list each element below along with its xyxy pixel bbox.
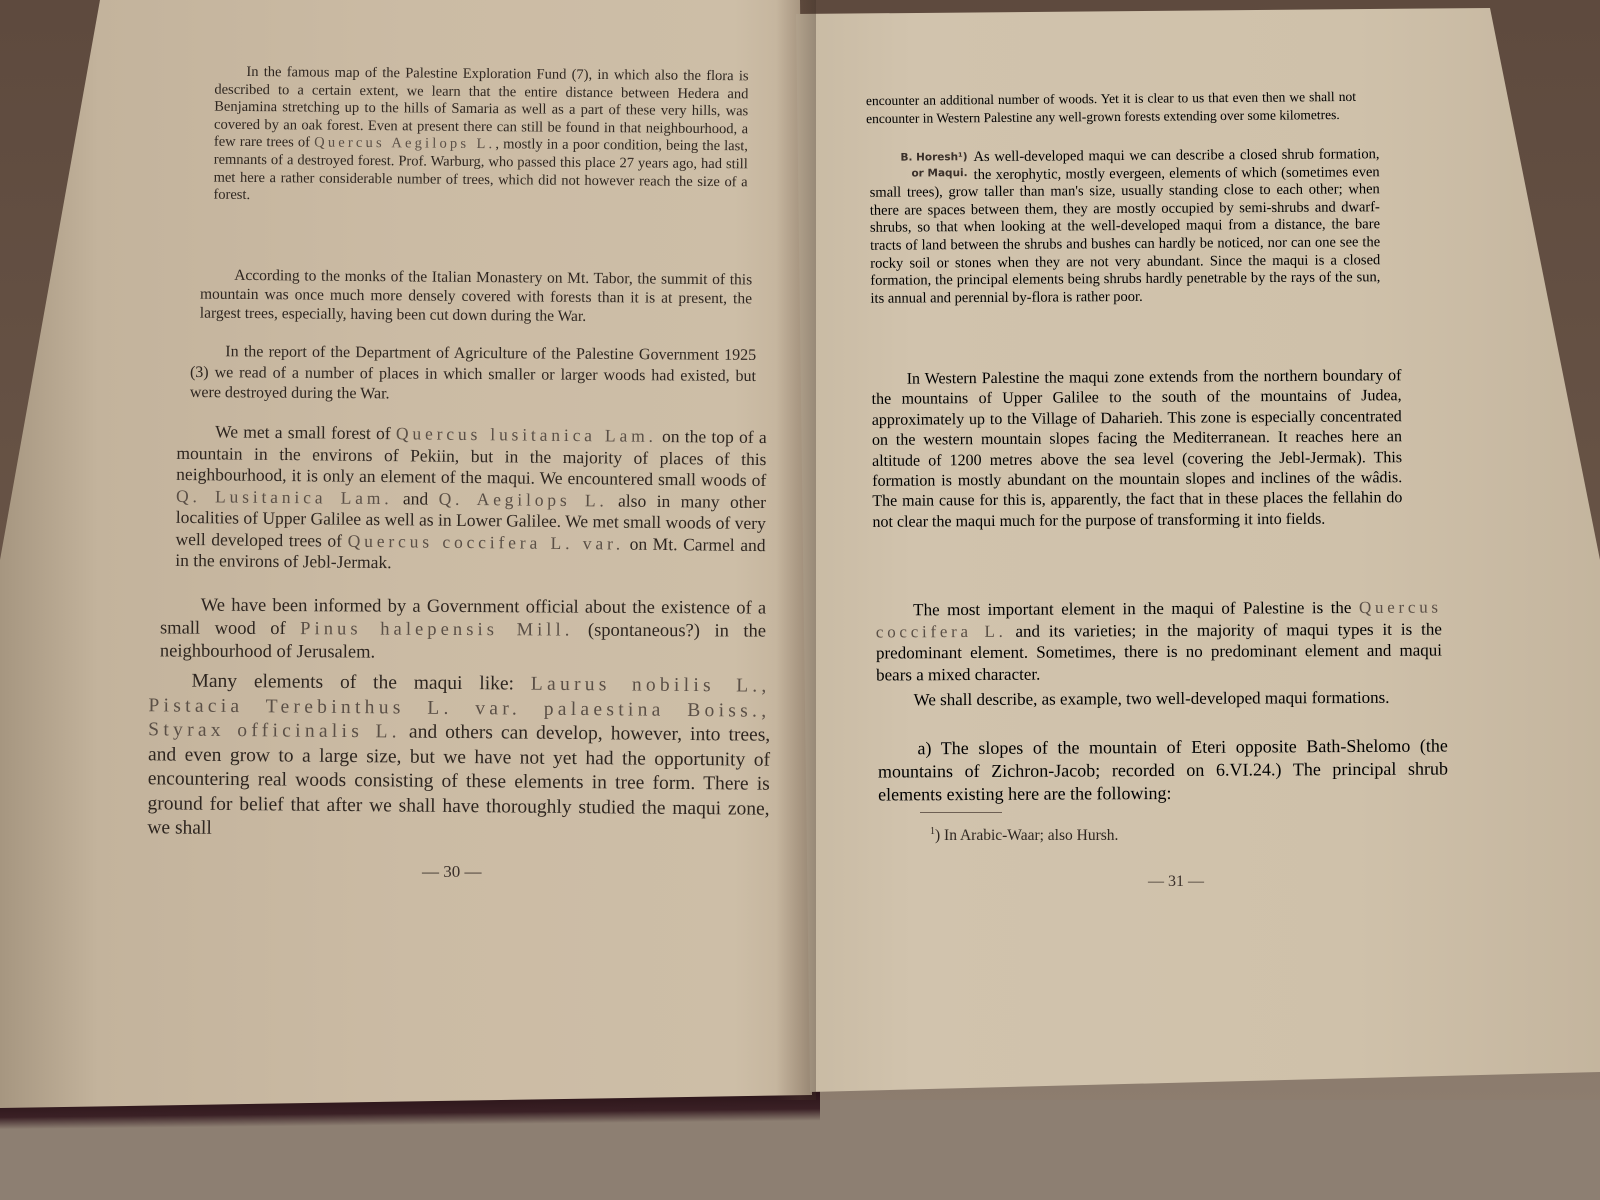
text-segment: and <box>392 488 438 508</box>
text-segment: In the report of the Department of Agric… <box>190 343 756 402</box>
section-heading-line2: or Maqui. <box>868 165 968 182</box>
footnote-text: ) In Arabic-Waar; also Hursh. <box>935 827 1118 844</box>
text-segment: encounter an additional number of woods.… <box>866 89 1356 126</box>
footnote-divider <box>920 812 1002 813</box>
footnote: 1) In Arabic-Waar; also Hursh. <box>930 826 1118 845</box>
species-name: Pinus halepensis Mill. <box>300 619 573 640</box>
text-segment: Many elements of the maqui like: <box>191 671 530 695</box>
page-number-left: — 30 — <box>422 862 482 882</box>
species-name: Quercus lusitanica Lam. <box>396 423 657 446</box>
left-page: In the famous map of the Palestine Explo… <box>0 0 816 1108</box>
text-segment: The most important element in the maqui … <box>913 598 1359 619</box>
paragraph-agriculture-report: In the report of the Department of Agric… <box>190 342 756 407</box>
species-name: Quercus coccifera L. var. <box>348 530 625 553</box>
paragraph-mt-tabor: According to the monks of the Italian Mo… <box>200 266 752 328</box>
paragraph-important-element: The most important element in the maqui … <box>876 597 1443 711</box>
text-segment: According to the monks of the Italian Mo… <box>200 267 752 325</box>
book-spine-gutter <box>776 0 816 1100</box>
paragraph-eteri-slopes: a) The slopes of the mountain of Eteri o… <box>878 735 1448 807</box>
text-segment: We shall describe, as example, two well-… <box>914 688 1390 709</box>
marginal-section-heading: B. Horesh¹) or Maqui. <box>867 149 967 182</box>
species-name: Q. Lusitanica Lam. <box>176 485 393 507</box>
section-heading-line1: B. Horesh¹) <box>867 149 967 166</box>
paragraph-pef-map: In the famous map of the Palestine Explo… <box>213 64 748 209</box>
section-horesh-maqui: B. Horesh¹) or Maqui. As well-developed … <box>869 146 1380 308</box>
species-name: Q. Aegilops L. <box>439 488 608 510</box>
species-name: Quercus Aegilops L. <box>314 135 495 153</box>
paragraph-quercus-lusitanica: We met a small forest of Quercus lusitan… <box>175 421 767 578</box>
text-segment: In Western Palestine the maqui zone exte… <box>872 367 1403 531</box>
paragraph-continuation: encounter an additional number of woods.… <box>866 88 1356 127</box>
page-number-right: — 31 — <box>1148 873 1204 891</box>
paragraph-maqui-elements: Many elements of the maqui like: Laurus … <box>147 669 770 846</box>
paragraph-western-palestine: In Western Palestine the maqui zone exte… <box>871 366 1402 533</box>
paragraph-pinus-halepensis: We have been informed by a Government of… <box>160 594 766 666</box>
text-segment: a) The slopes of the mountain of Eteri o… <box>878 736 1448 805</box>
text-segment: We met a small forest of <box>215 421 396 443</box>
